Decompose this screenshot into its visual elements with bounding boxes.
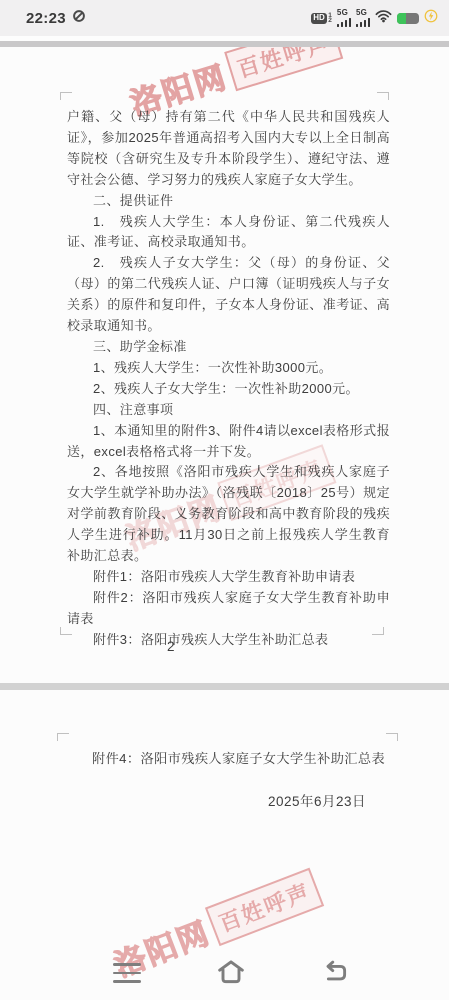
document-paragraph: 1、残疾人大学生：一次性补助3000元。 xyxy=(67,358,390,379)
document-paragraph: 三、助学金标准 xyxy=(67,337,390,358)
status-right: HD 1 2 5G 5G xyxy=(311,9,438,28)
hd-volte-icon: HD 1 2 xyxy=(311,13,332,24)
document-paragraph: 附件2：洛阳市残疾人家庭子女大学生教育补助申请表 xyxy=(67,588,390,630)
back-button[interactable] xyxy=(319,960,349,987)
status-bar: 22:23 HD 1 2 5G xyxy=(0,0,449,36)
document-paragraph: 1、本通知里的附件3、附件4请以excel表格形式报送，excel表格格式将一并… xyxy=(67,421,390,463)
document-page-3[interactable] xyxy=(0,690,449,1000)
crop-mark xyxy=(60,92,72,100)
document-paragraph: 二、提供证件 xyxy=(67,191,390,212)
document-body: 户籍、父（母）持有第二代《中华人民共和国残疾人证》，参加2025年普通高招考入国… xyxy=(67,107,390,651)
document-paragraph: 2. 残疾人子女大学生：父（母）的身份证、父（母）的第二代残疾人证、户口簿（证明… xyxy=(67,253,390,337)
recents-menu-button[interactable] xyxy=(113,963,141,983)
crop-mark xyxy=(57,733,69,741)
phone-screen: 22:23 HD 1 2 5G xyxy=(0,0,449,1000)
wifi-icon xyxy=(375,9,392,28)
document-paragraph: 户籍、父（母）持有第二代《中华人民共和国残疾人证》，参加2025年普通高招考入国… xyxy=(67,107,390,191)
home-icon xyxy=(215,958,247,985)
clock: 22:23 xyxy=(26,10,66,27)
recents-menu-icon xyxy=(113,963,141,966)
back-icon xyxy=(319,960,349,984)
page-top-shadow xyxy=(0,41,449,47)
signal-sim1-icon: 5G xyxy=(337,9,351,27)
page-break xyxy=(0,683,449,690)
home-button[interactable] xyxy=(215,958,247,988)
battery-icon xyxy=(397,13,419,24)
crop-mark xyxy=(377,92,389,100)
crop-mark xyxy=(386,733,398,741)
signal-sim2-icon: 5G xyxy=(356,9,370,27)
charging-icon xyxy=(424,9,438,28)
document-paragraph: 2、各地按照《洛阳市残疾人学生和残疾人家庭子女大学生就学补助办法》（洛残联〔20… xyxy=(67,462,390,567)
attachment4-title: 附件4：洛阳市残疾人家庭子女大学生补助汇总表 xyxy=(92,748,385,767)
document-date: 2025年6月23日 xyxy=(268,790,366,810)
document-paragraph: 四、注意事项 xyxy=(67,400,390,421)
document-paragraph: 附件1：洛阳市残疾人大学生教育补助申请表 xyxy=(67,567,390,588)
status-left: 22:23 xyxy=(26,9,86,28)
document-paragraph: 1. 残疾人大学生：本人身份证、第二代残疾人证、准考证、高校录取通知书。 xyxy=(67,212,390,254)
document-paragraph: 2、残疾人子女大学生：一次性补助2000元。 xyxy=(67,379,390,400)
document-paragraph: 附件3：洛阳市残疾人大学生补助汇总表 xyxy=(67,630,390,651)
page-number: 2 xyxy=(167,639,175,654)
data-saver-icon xyxy=(72,9,86,28)
